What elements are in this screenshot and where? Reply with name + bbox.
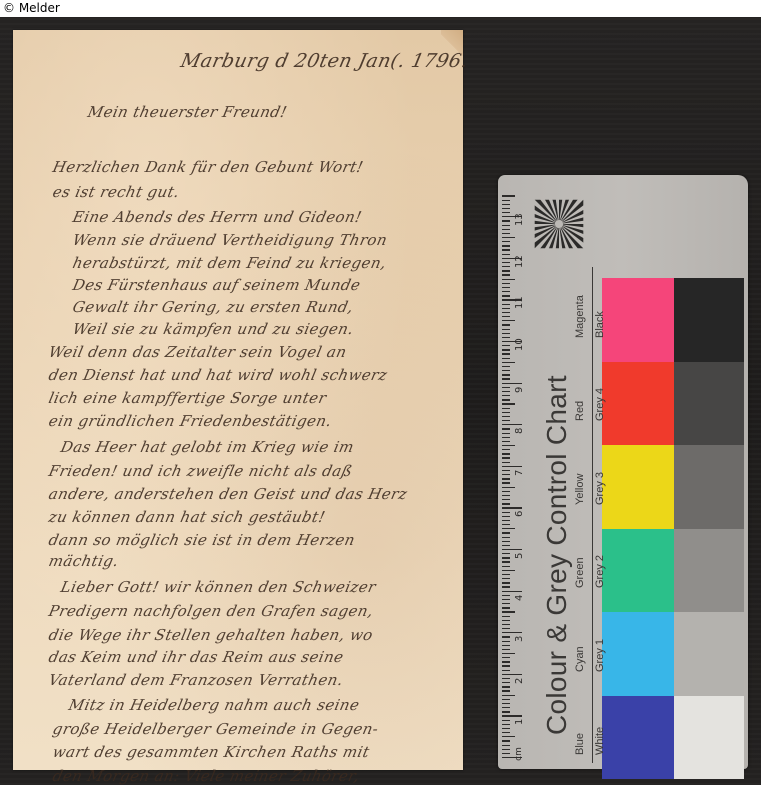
ruler-tick (502, 291, 510, 292)
ruler-tick (502, 457, 510, 458)
ruler-tick (502, 649, 510, 650)
ruler-tick (502, 578, 510, 579)
grey-patch-white (674, 696, 744, 780)
grey-patch-grey-4 (674, 362, 744, 446)
ruler-tick (502, 532, 510, 533)
letter-line: wart des gesammten Kirchen Raths mit (51, 743, 371, 761)
grey-patch-grey-2 (674, 529, 744, 613)
grey-label: Grey 2 (594, 555, 606, 588)
ruler-tick (502, 749, 510, 750)
ruler-tick (502, 745, 510, 746)
ruler-tick (502, 412, 510, 413)
letter-line: Predigern nachfolgen den Grafen sagen, (47, 602, 375, 620)
ruler-tick (502, 499, 510, 500)
colour-label: Red (574, 401, 586, 421)
letter-line: Mein theuerster Freund! (86, 103, 289, 121)
letter-line: andere, anderstehen den Geist und das He… (47, 485, 409, 503)
letter-line: Eine Abends des Herrn und Gideon! (71, 208, 363, 226)
ruler-tick (502, 308, 510, 309)
ruler-tick (502, 695, 515, 696)
ruler-tick (502, 545, 510, 546)
letter-line: Frieden! und ich zweifle nicht als daß (47, 462, 354, 480)
colour-patch-yellow (602, 445, 674, 529)
grey-patch-black (674, 278, 744, 362)
ruler-tick (502, 661, 510, 662)
ruler-tick (502, 478, 510, 479)
ruler-tick (502, 312, 510, 313)
ruler-tick (502, 553, 510, 554)
ruler-tick (502, 665, 510, 666)
colour-label: Green (574, 558, 586, 589)
ruler-number: 2 (514, 664, 525, 684)
ruler-tick (502, 641, 510, 642)
ruler-tick (502, 403, 515, 404)
ruler-tick (502, 241, 510, 242)
ruler-number: 10 (514, 331, 525, 351)
ruler-tick (502, 441, 510, 442)
ruler-tick (502, 537, 510, 538)
letter-line: Lieber Gott! wir können den Schweizer (59, 578, 378, 596)
ruler-tick (502, 362, 515, 363)
ruler-tick (502, 266, 510, 267)
ruler-tick (502, 503, 510, 504)
ruler-tick (502, 366, 510, 367)
ruler-tick (502, 204, 510, 205)
ruler-tick (502, 474, 510, 475)
ruler-tick (502, 495, 510, 496)
colour-patch-green (602, 529, 674, 613)
grey-patch-grey-1 (674, 612, 744, 696)
grey-label: Grey 3 (594, 472, 606, 505)
ruler-tick (502, 428, 510, 429)
ruler-tick (502, 720, 510, 721)
ruler-tick (502, 620, 510, 621)
ruler-tick (502, 707, 510, 708)
colour-label: Yellow (574, 473, 586, 504)
ruler-tick (502, 462, 510, 463)
ruler-tick (502, 724, 510, 725)
ruler-tick (502, 574, 510, 575)
letter-line: den Morgen an: Viele meiner Zuhörer, (51, 767, 361, 785)
ruler-tick (502, 607, 510, 608)
letter-line: zu können dann hat sich gestäubt! (47, 508, 327, 526)
ruler-tick (502, 337, 510, 338)
ruler-number: 5 (514, 539, 525, 559)
ruler-tick (502, 487, 515, 488)
ruler-tick (502, 690, 510, 691)
ruler-tick (502, 200, 510, 201)
ruler-tick (502, 270, 510, 271)
grey-label: Grey 4 (594, 388, 606, 421)
ruler-tick (502, 541, 510, 542)
ruler-tick (502, 220, 510, 221)
letter-line: Wenn sie dräuend Vertheidigung Thron (71, 231, 389, 249)
ruler-tick (502, 416, 510, 417)
ruler-tick (502, 262, 510, 263)
ruler-tick (502, 370, 510, 371)
ruler-tick (502, 349, 510, 350)
letter-line: Vaterland dem Franzosen Verrathen. (47, 671, 345, 689)
ruler-tick (502, 274, 510, 275)
letter-line: lich eine kampffertige Sorge unter (47, 389, 328, 407)
ruler-tick (502, 233, 510, 234)
sunburst-target-icon (532, 197, 586, 251)
letter-line: Herzlichen Dank für den Gebunt Wort! (51, 158, 365, 176)
ruler-tick (502, 225, 510, 226)
ruler-tick (502, 237, 515, 238)
ruler-tick (502, 603, 510, 604)
ruler-tick (502, 399, 510, 400)
ruler-number: 6 (514, 497, 525, 517)
ruler-tick (502, 482, 510, 483)
ruler-tick (502, 316, 510, 317)
ruler-tick (502, 678, 510, 679)
ruler-tick (502, 512, 510, 513)
ruler-number: 1 (514, 705, 525, 725)
ruler-tick (502, 753, 510, 754)
letter-line: das Keim und ihr das Reim aus seine (47, 648, 345, 666)
colour-label: Blue (574, 733, 586, 755)
ruler-tick (502, 453, 510, 454)
ruler-tick (502, 295, 510, 296)
ruler-tick (502, 740, 510, 741)
ruler-tick (502, 570, 515, 571)
ruler-tick (502, 378, 510, 379)
ruler-tick (502, 657, 510, 658)
copyright-credit: © Melder (0, 0, 761, 17)
ruler-tick (502, 374, 510, 375)
ruler-tick (502, 736, 515, 737)
ruler-tick (502, 732, 510, 733)
colour-label: Magenta (574, 295, 586, 338)
ruler-tick (502, 624, 510, 625)
ruler-tick (502, 304, 510, 305)
ruler-tick (502, 420, 510, 421)
ruler-tick (502, 449, 510, 450)
ruler-tick (502, 283, 510, 284)
ruler-tick (502, 445, 515, 446)
ruler-tick (502, 670, 510, 671)
ruler-tick (502, 324, 510, 325)
letter-line: die Wege ihr Stellen gehalten haben, wo (47, 626, 375, 644)
ruler-tick (502, 333, 510, 334)
ruler-tick (502, 595, 510, 596)
ruler-tick (502, 682, 510, 683)
ruler-tick (502, 391, 510, 392)
ruler-number: 4 (514, 581, 525, 601)
ruler-tick (502, 245, 510, 246)
letter-line: ein gründlichen Friedenbestätigen. (47, 412, 333, 430)
ruler-tick (502, 628, 510, 629)
ruler-tick (502, 582, 510, 583)
ruler-tick (502, 703, 510, 704)
ruler-number: 12 (514, 248, 525, 268)
ruler-tick (502, 561, 510, 562)
ruler-tick (502, 329, 510, 330)
ruler-tick (502, 433, 510, 434)
ruler-tick (502, 599, 510, 600)
ruler-tick (502, 636, 510, 637)
ruler-tick (502, 358, 510, 359)
grey-patch-grey-3 (674, 445, 744, 529)
ruler-number: 9 (514, 373, 525, 393)
ruler-tick (502, 353, 510, 354)
handwritten-letter: Marburg d 20ten Jan(. 1796.Mein theuerst… (13, 30, 463, 770)
letter-line: Weil denn das Zeitalter sein Vogel an (47, 343, 348, 361)
ruler-tick (502, 254, 510, 255)
letter-line: große Heidelberger Gemeinde in Gegen- (51, 720, 380, 738)
ruler-number: 11 (514, 289, 525, 309)
colour-patch-red (602, 362, 674, 446)
ruler-tick (502, 320, 515, 321)
ruler-number: 7 (514, 456, 525, 476)
grey-label: Grey 1 (594, 639, 606, 672)
cm-ruler: 12345678910111213cm (502, 183, 526, 763)
grey-label: White (594, 727, 606, 755)
colour-label: Cyan (574, 646, 586, 672)
grey-label: Black (594, 311, 606, 338)
letter-line: herabstürzt, mit dem Feind zu kriegen, (71, 254, 388, 272)
ruler-tick (502, 653, 515, 654)
ruler-number: 8 (514, 414, 525, 434)
ruler-tick (502, 611, 515, 612)
ruler-tick (502, 566, 510, 567)
ruler-tick (502, 408, 510, 409)
letter-line: es ist recht gut. (51, 183, 181, 201)
ruler-tick (502, 586, 510, 587)
colour-patch-blue (602, 696, 674, 780)
letter-dateline: Marburg d 20ten Jan(. 1796. (179, 50, 471, 72)
letter-line: Des Fürstenhaus auf seinem Munde (71, 276, 362, 294)
letter-line: Das Heer hat gelobt im Krieg wie im (59, 438, 356, 456)
colour-patch-magenta (602, 278, 674, 362)
ruler-tick (502, 645, 510, 646)
ruler-number: 13 (514, 206, 525, 226)
ruler-tick (502, 711, 510, 712)
ruler-tick (502, 437, 510, 438)
colour-control-chart: 12345678910111213cm Colour & Grey Contro… (498, 175, 748, 769)
ruler-tick (502, 208, 510, 209)
archival-photo: Marburg d 20ten Jan(. 1796.Mein theuerst… (0, 17, 761, 785)
ruler-tick (502, 557, 510, 558)
ruler-tick (502, 528, 515, 529)
ruler-tick (502, 287, 510, 288)
letter-line: dann so möglich sie ist in dem Herzen (47, 531, 357, 549)
ruler-unit: cm (514, 747, 524, 761)
ruler-tick (502, 616, 510, 617)
letter-line: mächtig. (47, 552, 120, 570)
ruler-tick (502, 686, 510, 687)
ruler-number: 3 (514, 622, 525, 642)
ruler-tick (502, 229, 510, 230)
ruler-tick (502, 524, 510, 525)
letter-line: Mitz in Heidelberg nahm auch seine (67, 696, 361, 714)
ruler-tick (502, 491, 510, 492)
ruler-tick (502, 212, 510, 213)
ruler-tick (502, 195, 515, 196)
ruler-tick (502, 395, 510, 396)
label-divider (592, 267, 593, 763)
ruler-tick (502, 728, 510, 729)
ruler-tick (502, 699, 510, 700)
letter-line: den Dienst hat und hat wird wohl schwerz (47, 366, 389, 384)
ruler-tick (502, 279, 515, 280)
ruler-tick (502, 249, 510, 250)
ruler-tick (502, 470, 510, 471)
ruler-tick (502, 387, 510, 388)
chart-title: Colour & Grey Control Chart (541, 375, 573, 735)
ruler-tick (502, 345, 510, 346)
letter-line: Weil sie zu kämpfen und zu siegen. (71, 320, 355, 338)
ruler-tick (502, 520, 510, 521)
colour-patch-cyan (602, 612, 674, 696)
ruler-tick (502, 516, 510, 517)
letter-line: Gewalt ihr Gering, zu ersten Rund, (71, 298, 355, 316)
